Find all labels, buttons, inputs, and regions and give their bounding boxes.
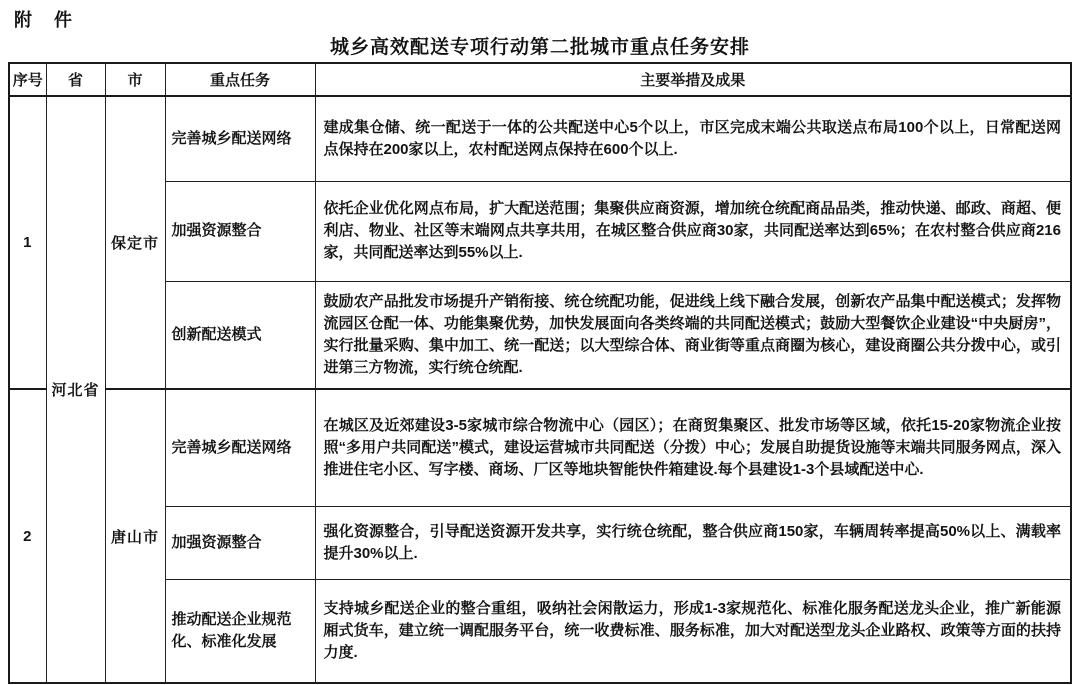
table-row: 1 河北省 保定市 完善城乡配送网络 建成集仓储、统一配送于一体的公共配送中心5…: [9, 96, 1071, 181]
seq-cell-1: 1: [9, 96, 46, 389]
task-cell: 加强资源整合: [165, 181, 315, 281]
col-header-seq: 序号: [9, 63, 46, 96]
city-cell-tangshan: 唐山市: [105, 389, 165, 683]
task-cell: 完善城乡配送网络: [165, 389, 315, 506]
seq-cell-2: 2: [9, 389, 46, 683]
col-header-task: 重点任务: [165, 63, 315, 96]
col-header-province: 省: [46, 63, 105, 96]
col-header-measures: 主要举措及成果: [315, 63, 1071, 96]
attachment-label: 附 件: [14, 6, 74, 32]
task-cell: 加强资源整合: [165, 506, 315, 579]
measures-cell: 依托企业优化网点布局，扩大配送范围；集聚供应商资源，增加统仓统配商品品类，推动快…: [315, 181, 1071, 281]
table-header-row: 序号 省 市 重点任务 主要举措及成果: [9, 63, 1071, 96]
task-cell: 推动配送企业规范化、标准化发展: [165, 579, 315, 683]
key-task-table: 序号 省 市 重点任务 主要举措及成果 1 河北省 保定市 完善城乡配送网络 建…: [8, 62, 1072, 684]
measures-cell: 支持城乡配送企业的整合重组，吸纳社会闲散运力，形成1-3家规范化、标准化服务配送…: [315, 579, 1071, 683]
task-cell: 创新配送模式: [165, 281, 315, 389]
measures-cell: 强化资源整合，引导配送资源开发共享，实行统仓统配，整合供应商150家，车辆周转率…: [315, 506, 1071, 579]
measures-cell: 建成集仓储、统一配送于一体的公共配送中心5个以上，市区完成末端公共取送点布局10…: [315, 96, 1071, 181]
document-page: 附 件 城乡高效配送专项行动第二批城市重点任务安排 序号 省 市 重点任务 主要…: [0, 0, 1080, 685]
city-cell-baoding: 保定市: [105, 96, 165, 389]
document-title: 城乡高效配送专项行动第二批城市重点任务安排: [0, 32, 1080, 59]
table-row: 加强资源整合 依托企业优化网点布局，扩大配送范围；集聚供应商资源，增加统仓统配商…: [9, 181, 1071, 281]
table-row: 创新配送模式 鼓励农产品批发市场提升产销衔接、统仓统配功能，促进线上线下融合发展…: [9, 281, 1071, 389]
table-row: 推动配送企业规范化、标准化发展 支持城乡配送企业的整合重组，吸纳社会闲散运力，形…: [9, 579, 1071, 683]
table-row: 2 唐山市 完善城乡配送网络 在城区及近郊建设3-5家城市综合物流中心（园区）；…: [9, 389, 1071, 506]
col-header-city: 市: [105, 63, 165, 96]
measures-cell: 在城区及近郊建设3-5家城市综合物流中心（园区）；在商贸集聚区、批发市场等区域，…: [315, 389, 1071, 506]
province-cell: 河北省: [46, 96, 105, 683]
table-row: 加强资源整合 强化资源整合，引导配送资源开发共享，实行统仓统配，整合供应商150…: [9, 506, 1071, 579]
measures-cell: 鼓励农产品批发市场提升产销衔接、统仓统配功能，促进线上线下融合发展，创新农产品集…: [315, 281, 1071, 389]
task-cell: 完善城乡配送网络: [165, 96, 315, 181]
